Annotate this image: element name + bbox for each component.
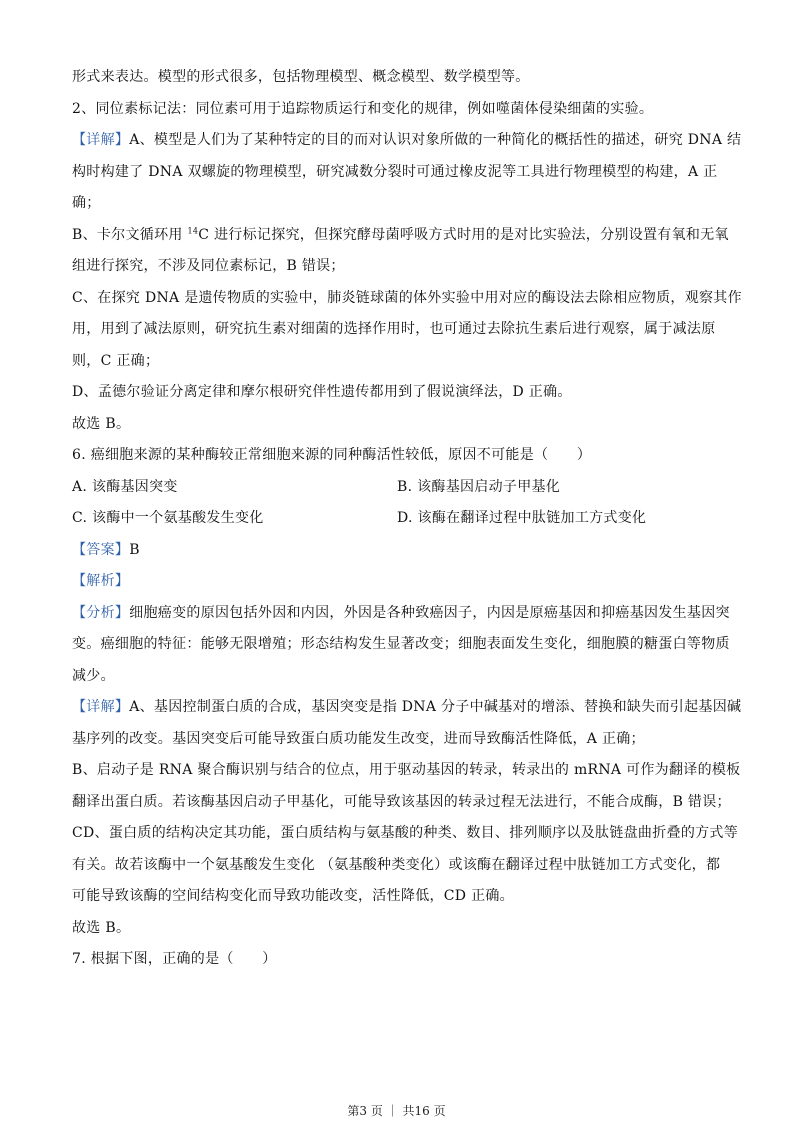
analysis-label: 【解析】	[72, 566, 724, 598]
text-line: 故选 B。	[72, 409, 724, 441]
text-line: 用，用到了减法原则，研究抗生素对细菌的选择作用时，也可通过去除抗生素后进行观察，…	[72, 314, 724, 346]
answer-line: 【答案】B	[72, 535, 724, 567]
text-line: 确；	[72, 188, 724, 220]
text-line: B、卡尔文循环用 14C 进行标记探究，但探究酵母菌呼吸方式时用的是对比实验法，…	[72, 220, 724, 252]
text-line: 变。癌细胞的特征：能够无限增殖；形态结构发生显著改变；细胞表面发生变化，细胞膜的…	[72, 629, 724, 661]
text-line: 翻译出蛋白质。若该酶基因启动子甲基化，可能导致该基因的转录过程无法进行，不能合成…	[72, 787, 724, 819]
answer-label: 【答案】	[72, 542, 129, 558]
text-line: C、在探究 DNA 是遗传物质的实验中，肺炎链球菌的体外实验中用对应的酶设法去除…	[72, 283, 724, 315]
text-line: 故选 B。	[72, 913, 724, 945]
option-c: C. 该酶中一个氨基酸发生变化	[72, 503, 397, 535]
detail-label: 【详解】	[72, 132, 129, 148]
text-line: 形式来表达。模型的形式很多，包括物理模型、概念模型、数学模型等。	[72, 62, 724, 94]
option-a: A. 该酶基因突变	[72, 472, 397, 504]
text-line: D、孟德尔验证分离定律和摩尔根研究伴性遗传都用到了假说演绎法，D 正确。	[72, 377, 724, 409]
answer-value: B	[129, 542, 140, 558]
option-b: B. 该酶基因启动子甲基化	[397, 472, 722, 504]
text-line: 可能导致该酶的空间结构变化而导致功能改变，活性降低，CD 正确。	[72, 881, 724, 913]
question-6-options-row: A. 该酶基因突变 B. 该酶基因启动子甲基化	[72, 472, 724, 504]
text-line: 构时构建了 DNA 双螺旋的物理模型，研究减数分裂时可通过橡皮泥等工具进行物理模…	[72, 157, 724, 189]
page-footer: 第3 页 ｜ 共16 页	[0, 1102, 793, 1119]
text-line: 【分析】细胞癌变的原因包括外因和内因，外因是各种致癌因子，内因是原癌基因和抑癌基…	[72, 598, 724, 630]
question-6-options-row: C. 该酶中一个氨基酸发生变化 D. 该酶在翻译过程中肽链加工方式变化	[72, 503, 724, 535]
fenxi-label: 【分析】	[72, 605, 129, 621]
text-line: 减少。	[72, 661, 724, 693]
text-line: 2、同位素标记法：同位素可用于追踪物质运行和变化的规律，例如噬菌体侵染细菌的实验…	[72, 94, 724, 126]
text-line: 则，C 正确；	[72, 346, 724, 378]
option-d: D. 该酶在翻译过程中肽链加工方式变化	[397, 503, 722, 535]
detail-label: 【详解】	[72, 699, 129, 715]
text-line: 组进行探究，不涉及同位素标记，B 错误；	[72, 251, 724, 283]
text-line: 【详解】A、模型是人们为了某种特定的目的而对认识对象所做的一种简化的概括性的描述…	[72, 125, 724, 157]
text-line: B、启动子是 RNA 聚合酶识别与结合的位点，用于驱动基因的转录，转录出的 mR…	[72, 755, 724, 787]
question-7-stem: 7. 根据下图，正确的是（ ）	[72, 944, 724, 976]
question-6-stem: 6. 癌细胞来源的某种酶较正常细胞来源的同种酶活性较低，原因不可能是（ ）	[72, 440, 724, 472]
text-line: 有关。故若该酶中一个氨基酸发生变化 （氨基酸种类变化）或该酶在翻译过程中肽链加工…	[72, 850, 724, 882]
document-page: 形式来表达。模型的形式很多，包括物理模型、概念模型、数学模型等。 2、同位素标记…	[72, 62, 724, 976]
text-line: 基序列的改变。基因突变后可能导致蛋白质功能发生改变，进而导致酶活性降低，A 正确…	[72, 724, 724, 756]
text-line: 【详解】A、基因控制蛋白质的合成，基因突变是指 DNA 分子中碱基对的增添、替换…	[72, 692, 724, 724]
text-line: CD、蛋白质的结构决定其功能，蛋白质结构与氨基酸的种类、数目、排列顺序以及肽链盘…	[72, 818, 724, 850]
